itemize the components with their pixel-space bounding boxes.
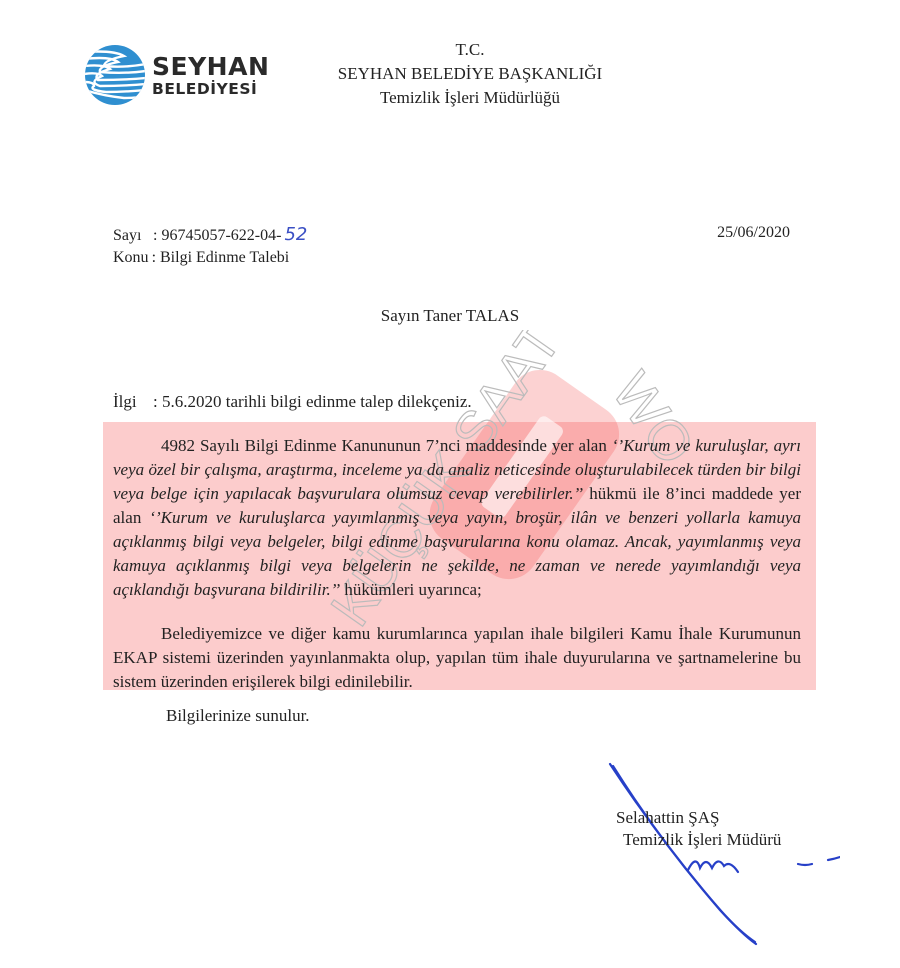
p1-text-e: hükümleri uyarınca; — [340, 580, 482, 599]
header-line-3: Temizlik İşleri Müdürlüğü — [300, 86, 640, 110]
swirl-logo-icon — [84, 44, 146, 106]
salutation: Sayın Taner TALAS — [0, 306, 900, 326]
ilgi-row: İlgi: 5.6.2020 tarihli bilgi edinme tale… — [113, 392, 472, 412]
sayi-handwritten: 52 — [284, 224, 307, 245]
signatory-title: Temizlik İşleri Müdürü — [623, 830, 781, 850]
header-line-2: SEYHAN BELEDİYE BAŞKANLIĞI — [300, 62, 640, 86]
logo-title: SEYHAN — [152, 52, 269, 81]
body-paragraph-1: 4982 Sayılı Bilgi Edinme Kanununun 7’nci… — [113, 434, 801, 602]
konu-label: Konu — [113, 249, 149, 266]
p1-text-a: 4982 Sayılı Bilgi Edinme Kanununun 7’nci… — [161, 436, 612, 455]
p2-text: Belediyemizce ve diğer kamu kurumlarınca… — [113, 624, 801, 691]
body-paragraph-2: Belediyemizce ve diğer kamu kurumlarınca… — [113, 622, 801, 694]
document-meta: Sayı: 96745057-622-04-52 Konu: Bilgi Edi… — [113, 224, 307, 269]
signature-scribble-icon — [600, 760, 840, 950]
signatory-name: Selahattin ŞAŞ — [616, 808, 719, 828]
document-date: 25/06/2020 — [717, 224, 790, 242]
ilgi-value: : 5.6.2020 tarihli bilgi edinme talep di… — [153, 392, 472, 411]
ilgi-label: İlgi — [113, 392, 153, 412]
logo-subtitle: BELEDİYESİ — [152, 80, 257, 98]
konu-row: Konu: Bilgi Edinme Talebi — [113, 247, 307, 269]
konu-value: : Bilgi Edinme Talebi — [152, 249, 290, 266]
sayi-label: Sayı — [113, 225, 153, 247]
sayi-row: Sayı: 96745057-622-04-52 — [113, 224, 307, 247]
letterhead: T.C. SEYHAN BELEDİYE BAŞKANLIĞI Temizlik… — [300, 38, 640, 110]
closing-line: Bilgilerinize sunulur. — [166, 706, 310, 726]
sayi-value: : 96745057-622-04- — [153, 227, 281, 244]
header-line-1: T.C. — [300, 38, 640, 62]
